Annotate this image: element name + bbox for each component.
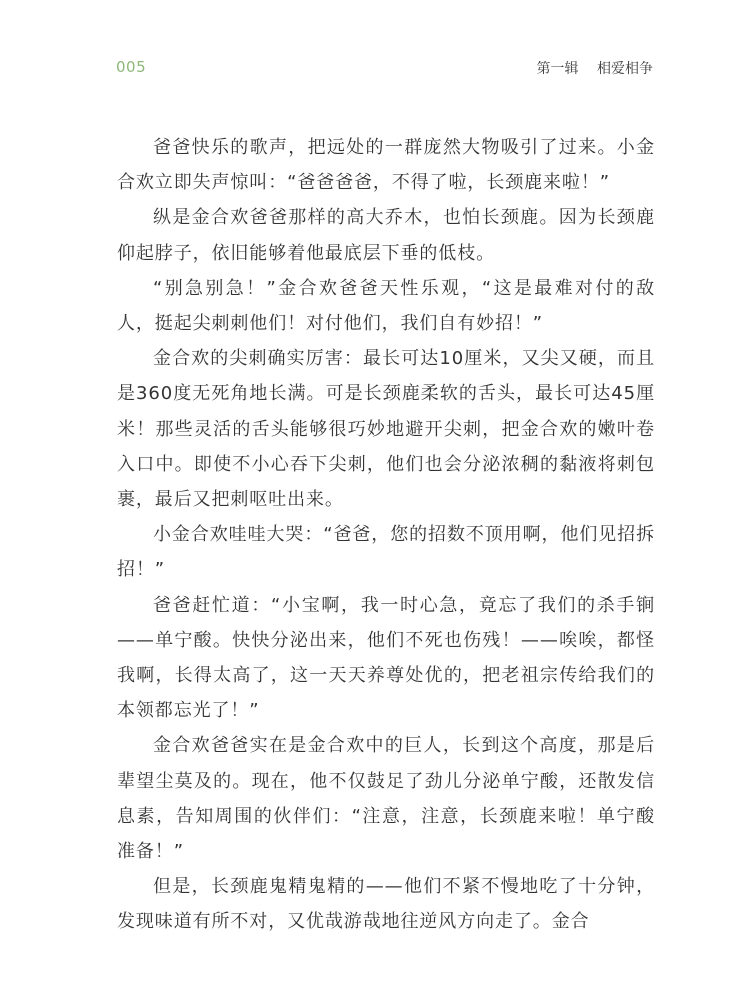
paragraph: 纵是金合欢爸爸那样的高大乔木，也怕长颈鹿。因为长颈鹿仰起脖子，依旧能够着他最底层… <box>117 200 655 270</box>
chapter-title: 相爱相争 <box>597 61 653 77</box>
paragraph: 爸爸快乐的歌声，把远处的一群庞然大物吸引了过来。小金合欢立即失声惊叫：“爸爸爸爸… <box>117 130 655 200</box>
paragraph: “别急别急！”金合欢爸爸天性乐观，“这是最难对付的敌人，挺起尖刺刺他们！对付他们… <box>117 271 655 341</box>
paragraph: 小金合欢哇哇大哭：“爸爸，您的招数不顶用啊，他们见招拆招！” <box>117 517 655 587</box>
body-text: 爸爸快乐的歌声，把远处的一群庞然大物吸引了过来。小金合欢立即失声惊叫：“爸爸爸爸… <box>117 130 655 940</box>
paragraph: 爸爸赶忙道：“小宝啊，我一时心急，竟忘了我们的杀手锏——单宁酸。快快分泌出来，他… <box>117 588 655 729</box>
chapter-label: 第一辑 <box>537 61 579 77</box>
paragraph: 金合欢的尖刺确实厉害：最长可达10厘米，又尖又硬，而且是360度无死角地长满。可… <box>117 341 655 517</box>
paragraph: 金合欢爸爸实在是金合欢中的巨人，长到这个高度，那是后辈望尘莫及的。现在，他不仅鼓… <box>117 728 655 869</box>
running-header: 第一辑 相爱相争 <box>537 58 653 78</box>
page-number: 005 <box>116 58 146 76</box>
paragraph: 但是，长颈鹿鬼精鬼精的——他们不紧不慢地吃了十分钟，发现味道有所不对，又优哉游哉… <box>117 869 655 939</box>
